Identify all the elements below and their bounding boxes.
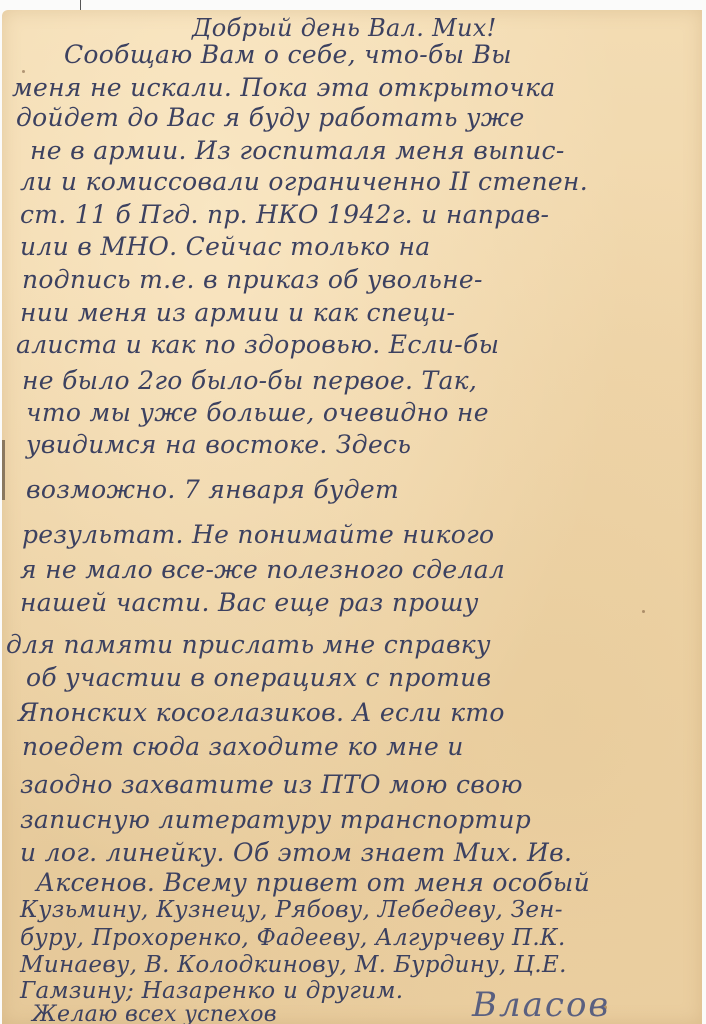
letter-line: Кузьмину, Кузнецу, Рябову, Лебедеву, Зен… <box>20 897 563 923</box>
letter-line: подпись т.е. в приказ об увольне- <box>22 265 483 294</box>
letter-line: ли и комиссовали ограниченно II степен. <box>20 167 588 196</box>
letter-line: результат. Не понимайте никого <box>22 520 494 549</box>
letter-line: что мы уже больше, очевидно не <box>26 398 489 427</box>
letter-signature: Власов <box>472 985 610 1024</box>
paper-speck <box>642 610 645 613</box>
letter-line: увидимся на востоке. Здесь <box>26 430 411 459</box>
letter-line: дойдет до Вас я буду работать уже <box>16 103 525 132</box>
letter-line: возможно. 7 января будет <box>26 475 399 504</box>
paper-edge-shadow <box>2 440 5 500</box>
letter-line: ст. 11 б Пгд. пр. НКО 1942г. и направ- <box>20 200 549 229</box>
letter-line: или в МНО. Сейчас только на <box>20 232 430 261</box>
letter-line: Минаеву, В. Колодкинову, М. Бурдину, Ц.Е… <box>20 952 567 978</box>
letter-line: заодно захватите из ПТО мою свою <box>20 770 523 799</box>
letter-greeting: Добрый день Вал. Мих! <box>192 14 497 42</box>
letter-line: алиста и как по здоровью. Если-бы <box>16 330 499 359</box>
letter-line: для памяти прислать мне справку <box>6 630 491 659</box>
letter-line: нашей части. Вас еще раз прошу <box>20 588 479 617</box>
letter-line: Гамзину; Назаренко и другим. <box>20 978 403 1004</box>
letter-line: меня не искали. Пока эта открыточка <box>12 73 555 102</box>
letter-line: и лог. линейку. Об этом знает Мих. Ив. <box>20 838 572 867</box>
letter-line: об участии в операциях с против <box>26 663 491 692</box>
letter-closing: Желаю всех успехов <box>32 1002 277 1024</box>
letter-line: Сообщаю Вам о себе, что-бы Вы <box>64 40 512 69</box>
letter-line: записную литературу транспортир <box>20 805 531 834</box>
scan-edge-mark <box>80 0 81 10</box>
letter-line: я не мало все-же полезного сделал <box>20 555 505 584</box>
letter-line: нии меня из армии и как специ- <box>20 298 455 327</box>
letter-line: поедет сюда заходите ко мне и <box>22 732 464 761</box>
letter-line: не было 2го было-бы первое. Так, <box>22 366 477 395</box>
letter-line: буру, Прохоренко, Фадееву, Алгурчеву П.К… <box>20 925 566 951</box>
scanned-letter: Добрый день Вал. Мих! Сообщаю Вам о себе… <box>0 0 706 1024</box>
letter-line: не в армии. Из госпиталя меня выпис- <box>30 136 565 165</box>
letter-paper: Добрый день Вал. Мих! Сообщаю Вам о себе… <box>2 10 702 1024</box>
letter-line: Японских косоглазиков. А если кто <box>18 698 505 727</box>
letter-line: Аксенов. Всему привет от меня особый <box>36 868 590 897</box>
